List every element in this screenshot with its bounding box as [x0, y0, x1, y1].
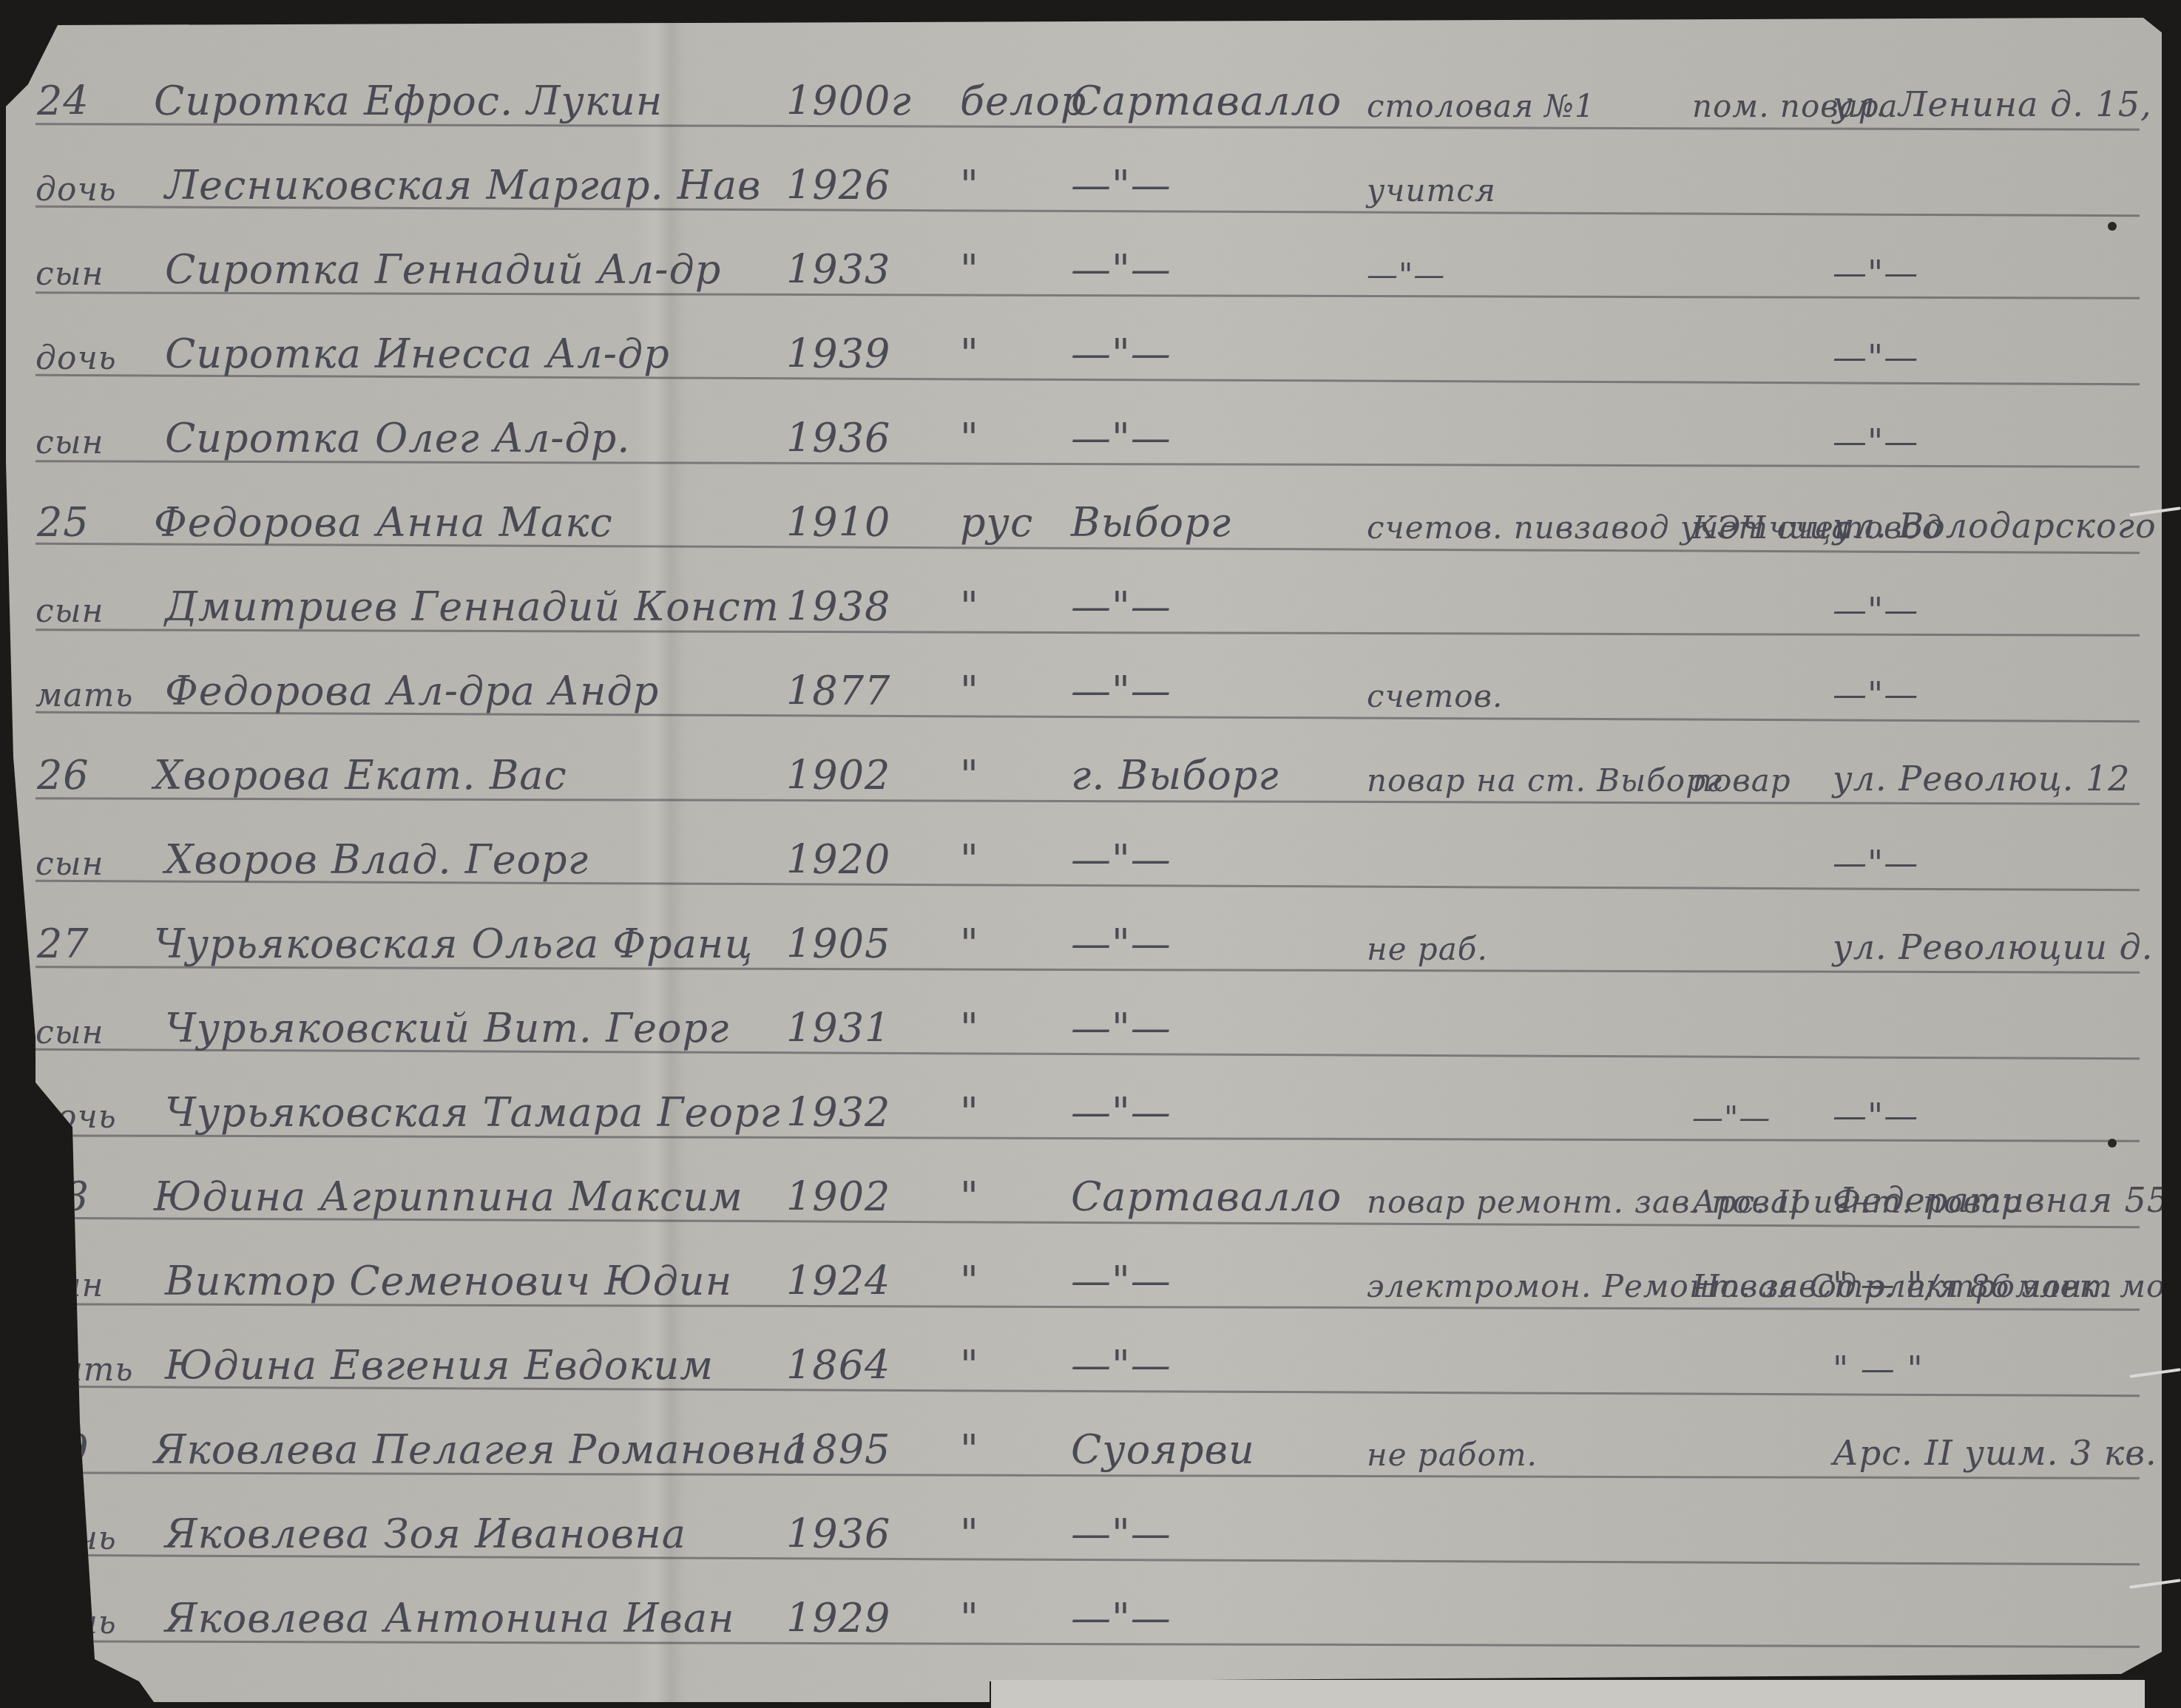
place: —"— [1071, 836, 1171, 883]
relation: сын [35, 592, 104, 630]
entry-number: 29 [37, 1426, 89, 1473]
address: —"— [1833, 843, 1918, 883]
relation: дочь [35, 1519, 117, 1557]
nationality: " [960, 1089, 979, 1136]
relation: сын [35, 1267, 104, 1304]
register-row: дочь Сиротка Инесса Ал-др 1939 " —"— —"— [6, 300, 2162, 387]
nationality: " [960, 668, 979, 714]
birth-year: 1936 [786, 415, 890, 461]
nationality: " [960, 1511, 979, 1557]
place: —"— [1071, 1595, 1171, 1641]
relation: сын [35, 1014, 104, 1051]
relation: дочь [35, 171, 117, 209]
place: —"— [1071, 1511, 1171, 1557]
register-row: дочь Яковлева Антонина Иван 1929 " —"— [6, 1565, 2162, 1652]
birth-year: 1929 [786, 1595, 890, 1641]
workplace: повар на ст. Выборг [1367, 762, 1722, 799]
address: —"— [1833, 253, 1918, 293]
person-name: Федорова Анна Макс [154, 499, 613, 546]
relation: сын [35, 845, 104, 883]
workplace: столовая №1 [1367, 88, 1595, 124]
person-name: Дмитриев Геннадий Конст [165, 583, 780, 630]
nationality: " [960, 1258, 979, 1304]
nationality: " [960, 752, 979, 799]
person-name: Федорова Ал-дра Андр [165, 668, 659, 714]
address: ул. Революции д. 36 [1833, 927, 2181, 967]
register-row: 27 Чурьяковская Ольга Франц 1905 " —"— н… [6, 890, 2162, 977]
place: —"— [1071, 246, 1171, 293]
address: " — " [1833, 1349, 1924, 1389]
place: —"— [1071, 1258, 1171, 1304]
person-name: Хворова Екат. Вас [154, 752, 567, 799]
register-row: сын Виктор Семенович Юдин 1924 " —"— эле… [6, 1227, 2162, 1315]
person-name: Чурьяковский Вит. Георг [165, 1005, 729, 1051]
relation: сын [35, 255, 104, 293]
address: ул. Ленина д. 15, кв. 12 [1833, 84, 2181, 124]
birth-year: 1902 [786, 752, 890, 799]
nationality: " [960, 1595, 979, 1641]
register-row: сын Дмитриев Геннадий Конст 1938 " —"— —… [6, 553, 2162, 640]
relation: дочь [35, 339, 117, 377]
place: Сартавалло [1071, 1173, 1342, 1220]
address: —"— [1833, 674, 1918, 714]
place: Выборг [1071, 499, 1231, 546]
person-name: Хворов Влад. Георг [165, 836, 589, 883]
register-row: 24 Сиротка Ефрос. Лукин 1900г белор Сарт… [6, 47, 2162, 135]
profession: —"— [1692, 1099, 1771, 1136]
entry-number: 25 [37, 499, 89, 546]
entry-number: 27 [37, 921, 89, 967]
place: г. Выборг [1071, 752, 1279, 799]
register-row: мать Юдина Евгения Евдоким 1864 " —"— " … [6, 1312, 2162, 1399]
punch-hole [2108, 222, 2117, 231]
register-page: 24 Сиротка Ефрос. Лукин 1900г белор Сарт… [6, 18, 2162, 1702]
person-name: Юдина Евгения Евдоким [165, 1342, 714, 1389]
place: —"— [1071, 921, 1171, 967]
workplace: не раб. [1367, 931, 1488, 967]
register-row: мать Федорова Ал-дра Андр 1877 " —"— сче… [6, 637, 2162, 725]
register-row: сын Сиротка Геннадий Ал-др 1933 " —"— —"… [6, 216, 2162, 303]
address: —"— [1833, 421, 1918, 461]
birth-year: 1895 [786, 1426, 890, 1473]
register-row: дочь Лесниковская Маргар. Нав 1926 " —"—… [6, 132, 2162, 219]
birth-year: 1939 [786, 331, 890, 377]
nationality: рус [960, 499, 1033, 546]
address: —"— [1833, 590, 1918, 630]
relation: дочь [35, 1098, 117, 1136]
register-row: сын Чурьяковский Вит. Георг 1931 " —"— [6, 975, 2162, 1062]
birth-year: 1933 [786, 246, 890, 293]
person-name: Сиротка Геннадий Ал-др [165, 246, 721, 293]
entry-number: 26 [37, 752, 89, 799]
relation: мать [35, 677, 133, 714]
address: ул. Володарского д. 10 [1833, 506, 2181, 546]
person-name: Сиротка Олег Ал-др. [165, 415, 631, 461]
profession: Новая Стр. п/я 86 элек. монт. [1692, 1268, 2181, 1304]
person-name: Чурьяковская Ольга Франц [154, 921, 753, 967]
person-name: Сиротка Ефрос. Лукин [154, 78, 663, 124]
place: —"— [1071, 331, 1171, 377]
birth-year: 1926 [786, 162, 890, 209]
relation: сын [35, 424, 104, 461]
address: " — " [1833, 1264, 1924, 1304]
place: Суоярви [1071, 1426, 1255, 1473]
register-row: 29 Яковлева Пелагея Романовна 1895 " Суо… [6, 1396, 2162, 1483]
nationality: " [960, 1173, 979, 1220]
register-row: дочь Чурьяковская Тамара Георг 1932 " —"… [6, 1059, 2162, 1146]
place: —"— [1071, 668, 1171, 714]
nationality: " [960, 162, 979, 209]
nationality: " [960, 921, 979, 967]
person-name: Яковлева Пелагея Романовна [154, 1426, 808, 1473]
register-row: 28 Юдина Агриппина Максим 1902 " Сартава… [6, 1143, 2162, 1230]
register-row: сын Сиротка Олег Ал-др. 1936 " —"— —"— [6, 384, 2162, 472]
punch-hole [2108, 1139, 2117, 1148]
person-name: Яковлева Зоя Ивановна [165, 1511, 686, 1557]
place: —"— [1071, 162, 1171, 209]
nationality: " [960, 415, 979, 461]
nationality: " [960, 1342, 979, 1389]
nationality: " [960, 1005, 979, 1051]
address: —"— [1833, 1096, 1918, 1136]
birth-year: 1920 [786, 836, 890, 883]
birth-year: 1938 [786, 583, 890, 630]
entry-number: 28 [37, 1173, 89, 1220]
address: —"— [1833, 337, 1918, 377]
workplace: не работ. [1367, 1437, 1538, 1473]
person-name: Лесниковская Маргар. Нав [165, 162, 762, 209]
address: Федеративная 55 [1833, 1180, 2169, 1220]
register-row: 25 Федорова Анна Макс 1910 рус Выборг сч… [6, 469, 2162, 556]
birth-year: 1924 [786, 1258, 890, 1304]
entry-number: 24 [37, 78, 89, 124]
birth-year: 1936 [786, 1511, 890, 1557]
birth-year: 1864 [786, 1342, 890, 1389]
nationality: белор [960, 78, 1086, 124]
underlying-page-edge [991, 1680, 2145, 1708]
person-name: Юдина Агриппина Максим [154, 1173, 743, 1220]
place: —"— [1071, 1005, 1171, 1051]
place: —"— [1071, 1089, 1171, 1136]
birth-year: 1900г [786, 78, 912, 124]
person-name: Сиротка Инесса Ал-др [165, 331, 670, 377]
register-row: сын Хворов Влад. Георг 1920 " —"— —"— [6, 806, 2162, 893]
person-name: Яковлева Антонина Иван [165, 1595, 735, 1641]
nationality: " [960, 1426, 979, 1473]
workplace: —"— [1367, 257, 1445, 293]
profession: повар [1692, 762, 1791, 799]
workplace: счетов. [1367, 678, 1503, 714]
place: —"— [1071, 415, 1171, 461]
birth-year: 1877 [786, 668, 890, 714]
nationality: " [960, 331, 979, 377]
person-name: Виктор Семенович Юдин [165, 1258, 732, 1304]
relation: дочь [35, 1604, 117, 1641]
place: —"— [1071, 1342, 1171, 1389]
nationality: " [960, 836, 979, 883]
relation: мать [35, 1351, 133, 1389]
nationality: " [960, 246, 979, 293]
register-row: 26 Хворова Екат. Вас 1902 " г. Выборг по… [6, 722, 2162, 809]
nationality: " [960, 583, 979, 630]
birth-year: 1910 [786, 499, 890, 546]
place: —"— [1071, 583, 1171, 630]
address: ул. Революц. 12 [1833, 759, 2131, 799]
scanned-document: 24 Сиротка Ефрос. Лукин 1900г белор Сарт… [0, 0, 2181, 1708]
address: Арс. II ушм. 3 кв. 2 [1833, 1433, 2181, 1473]
birth-year: 1931 [786, 1005, 890, 1051]
workplace: учится [1367, 172, 1496, 209]
birth-year: 1902 [786, 1173, 890, 1220]
birth-year: 1932 [786, 1089, 890, 1136]
person-name: Чурьяковская Тамара Георг [165, 1089, 781, 1136]
birth-year: 1905 [786, 921, 890, 967]
place: Сартавалло [1071, 78, 1342, 124]
register-row: дочь Яковлева Зоя Ивановна 1936 " —"— [6, 1480, 2162, 1568]
